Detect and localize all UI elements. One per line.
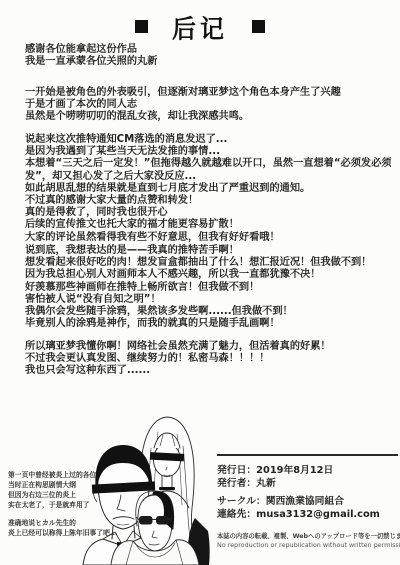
afterword-paragraph-3: 说起来这次推特通知CM落选的消息发迟了... 是因为我遇到了某些当天无法发推的事…: [25, 134, 398, 244]
text-line: 后续的宣传推文也托大家的福才能更容易扩散！: [25, 219, 398, 231]
text-line: 本想着“三天之后一定发！”但拖得越久就越难以开口，虽然一直想着“必须发必须: [25, 158, 398, 170]
contact-email-line: 連絡先：musa3132@gmail.com: [217, 509, 380, 522]
text-line: 说起来这次推特通知CM落选的消息发迟了...: [25, 134, 398, 146]
text-line: 发”，却又担心发了之后大家没反应...: [25, 171, 398, 183]
afterword-illustration: [75, 390, 240, 565]
afterword-paragraph-1: 感谢各位能拿起这份作品 我是一直承蒙各位关照的丸新: [25, 44, 398, 68]
text-line: 一开始是被角色的外表吸引，但逐渐对璃亚梦这个角色本身产生了兴趣: [25, 87, 398, 99]
text-line: 真的是得救了，同时我也很开心: [25, 207, 398, 219]
text-line: 大家的评论虽然看得我有些不好意思，但我有好好看哦！: [25, 232, 398, 244]
text-line: 如此胡思乱想的结果就是直到七月底才发出了严重迟到的通知。: [25, 183, 398, 195]
title-marker-square-left: [135, 20, 148, 33]
text-line: 虽然是个唠唠叨叨的混乱女孩，却让我深感共鸣。: [25, 111, 398, 123]
text-line: 于是才画了本次的同人志: [25, 99, 398, 111]
publisher-line: 発行者：丸新: [217, 478, 333, 491]
afterword-paragraph-5: 所以璃亚梦我懂你啊！网络社会虽然充满了魅力，但活着真的好累！ 不过我会更认真发图…: [25, 341, 398, 378]
text-line: 好羡慕那些神画师在推特上畅所欲言！但我做不到！: [25, 282, 398, 294]
text-line: 不过我会更认真发图、继续努力的！私密马森！！！！: [25, 353, 398, 365]
publish-date-line: 発行日：2019年8月12日: [217, 465, 333, 478]
text-line: 说到底，我想表达的是——我真的推特苦手啊！: [25, 245, 398, 257]
text-line: 害怕被人说“没有自知之明”！: [25, 294, 398, 306]
text-line: 我也只会写这种东西了......: [25, 365, 398, 377]
colophon-divider: [217, 454, 398, 456]
copyright-notice-en: No reproduction or republication without…: [217, 541, 400, 550]
title-marker-square-right: [252, 20, 265, 33]
colophon-contact: サークル：関西漁業協同組合 連絡先：musa3132@gmail.com: [217, 496, 380, 521]
copyright-notice-jp: 本誌の内容の転載、複製、Webへのアップロード等を一切禁じます。: [217, 532, 400, 541]
page-title-row: 后记: [0, 10, 400, 42]
circle-name-line: サークル：関西漁業協同組合: [217, 496, 380, 509]
text-line: 因为我总担心别人对画师本人不感兴趣，所以我一直都犹豫不决！: [25, 269, 398, 281]
afterword-paragraph-2: 一开始是被角色的外表吸引，但逐渐对璃亚梦这个角色本身产生了兴趣 于是才画了本次的…: [25, 87, 398, 124]
afterword-paragraph-4: 说到底，我想表达的是——我真的推特苦手啊！ 想发看起来很好吃的肉！想发盲盒都抽出…: [25, 245, 398, 330]
text-line: 不过真的感谢大家大量的点赞和转发！: [25, 195, 398, 207]
text-line: 毕竟别人的涂鸦是神作，而我的就真的只是随手乱画啊！: [25, 318, 398, 330]
text-line: 是因为我遇到了某些当天无法发推的事情...: [25, 146, 398, 158]
choker: [159, 487, 175, 490]
text-line: 我是一直承蒙各位关照的丸新: [25, 56, 398, 68]
text-line: 我偶尔会发些随手涂鸦，果然该多发些啊......但我做不到！: [25, 306, 398, 318]
text-line: 感谢各位能拿起这份作品: [25, 44, 398, 56]
page-title: 后记: [172, 8, 228, 44]
copyright-notice: 本誌の内容の転載、複製、Webへのアップロード等を一切禁じます。 No repr…: [217, 532, 400, 550]
afterword-page: 后记 感谢各位能拿起这份作品 我是一直承蒙各位关照的丸新 一开始是被角色的外表吸…: [0, 0, 400, 565]
text-line: 想发看起来很好吃的肉！想发盲盒都抽出了什么！想汇报近况！但我做不到！: [25, 257, 398, 269]
text-line: 所以璃亚梦我懂你啊！网络社会虽然充满了魅力，但活着真的好累！: [25, 341, 398, 353]
colophon-publication: 発行日：2019年8月12日 発行者：丸新: [217, 465, 333, 490]
